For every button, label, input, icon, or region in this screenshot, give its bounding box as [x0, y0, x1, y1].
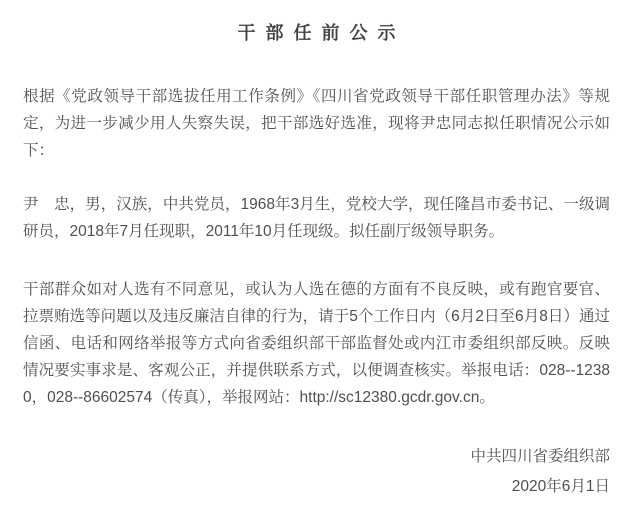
signature-department: 中共四川省委组织部	[23, 442, 610, 472]
paragraph-candidate-bio: 尹 忠，男，汉族，中共党员，1968年3月生，党校大学，现任隆昌市委书记、一级调…	[23, 191, 610, 245]
notice-title: 干部任前公示	[23, 24, 610, 43]
signature-block: 中共四川省委组织部 2020年6月1日	[23, 442, 610, 502]
paragraph-legal-basis: 根据《党政领导干部选拔任用工作条例》《四川省党政领导干部任职管理办法》等规定，为…	[23, 83, 610, 164]
notice-document: 干部任前公示 根据《党政领导干部选拔任用工作条例》《四川省党政领导干部任职管理办…	[0, 0, 640, 508]
signature-date: 2020年6月1日	[23, 472, 610, 502]
paragraph-feedback-contact: 干部群众如对人选有不同意见，或认为人选在德的方面有不良反映，或有跑官要官、拉票贿…	[23, 276, 610, 411]
